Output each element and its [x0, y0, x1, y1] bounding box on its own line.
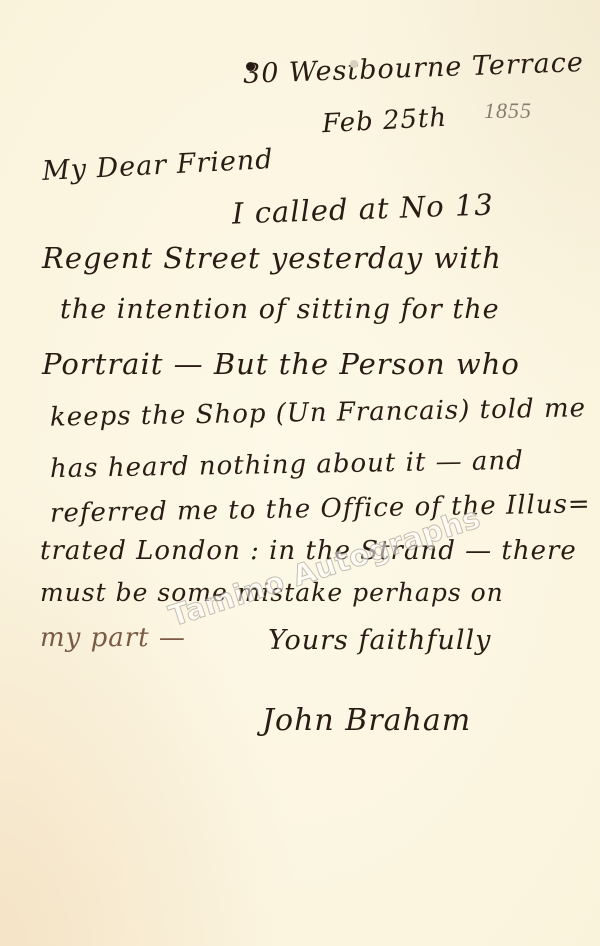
body-line: Portrait — But the Person who: [42, 350, 520, 379]
letter-date: Feb 25th: [321, 105, 447, 138]
closing: Yours faithfully: [268, 627, 491, 654]
pencil-year-note: 1855: [484, 100, 532, 122]
letter-page: 30 Westbourne Terrace Feb 25th 1855 My D…: [0, 0, 600, 946]
salutation: My Dear Friend: [41, 146, 274, 185]
paper-spot: [350, 60, 358, 68]
body-line: has heard nothing about it — and: [50, 448, 524, 482]
letter-address: 30 Westbourne Terrace: [243, 49, 585, 88]
body-line: keeps the Shop (Un Francais) told me: [50, 395, 586, 430]
body-line: Regent Street yesterday with: [42, 244, 502, 273]
body-line: my part —: [40, 625, 186, 651]
ink-blot: [246, 62, 255, 71]
body-line: I called at No 13: [232, 190, 495, 228]
signature: John Braham: [262, 706, 471, 736]
body-line: referred me to the Office of the Illus=: [50, 491, 591, 526]
body-line: the intention of sitting for the: [60, 296, 500, 323]
